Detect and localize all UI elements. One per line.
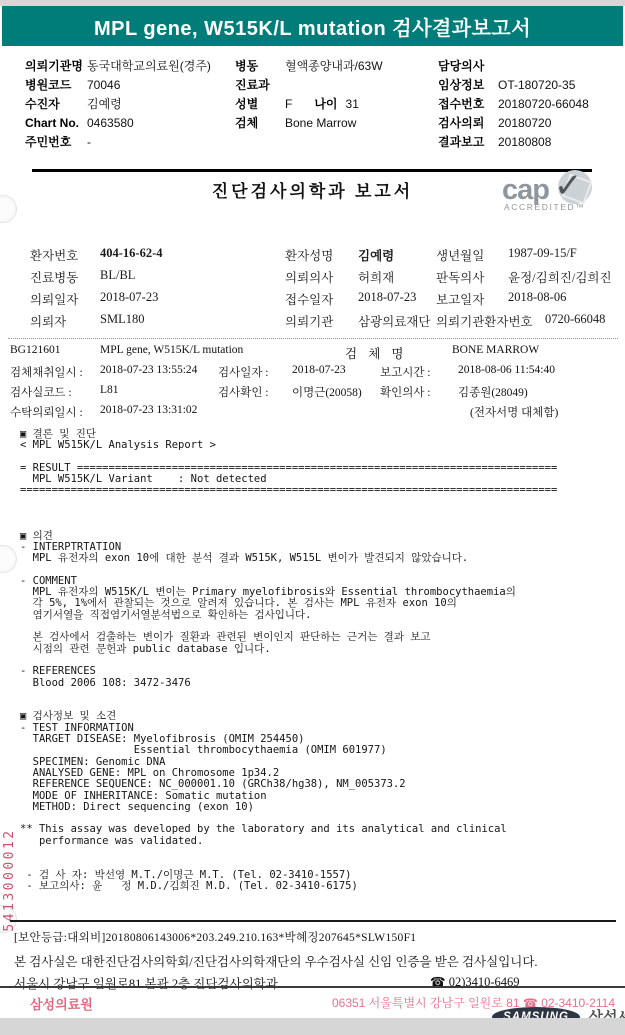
section-divider-heavy [32, 169, 592, 172]
department-row: 진료과 [235, 76, 383, 95]
request-info-left-column: 의뢰기관명동국대학교의료원(경주) 병원코드70046 수진자김예령 Chart… [25, 57, 211, 152]
test-meta-row-3: 수탁의뢰일시 : 2018-07-23 13:31:02 (전자서명 대체함) [0, 404, 625, 422]
test-verifier-value: 이명근(20058) [292, 384, 362, 400]
sex-label: 성별 [235, 95, 285, 114]
institution-patient-no-label: 의뢰기관환자번호 [436, 312, 533, 330]
sex-age-row: 성별F나이31 [235, 95, 383, 114]
result-report-date-label: 결과보고 [438, 133, 498, 152]
receipt-date-value: 2018-07-23 [358, 290, 416, 305]
request-date-value: 2018-07-23 [100, 290, 158, 305]
patient-value: 김예령 [87, 97, 122, 111]
security-classification-line: [보안등급:대외비]20180806143006*203.249.210.163… [14, 929, 416, 945]
order-date-value: 20180720 [498, 116, 551, 130]
patient-row: 수진자김예령 [25, 95, 211, 114]
test-meta-header-row: BG121601 MPL gene, W515K/L mutation 검 체 … [0, 344, 625, 362]
report-banner: MPL gene, W515K/L mutation 검사결과보고서 [2, 6, 623, 46]
patient-label: 수진자 [25, 95, 87, 114]
cap-accredited-logo: cap ✓ ACCREDITED™ [502, 178, 620, 222]
test-name: MPL gene, W515K/L mutation [100, 344, 243, 356]
confirming-doctor-label: 확인의사 : [380, 384, 431, 400]
requesting-institution-value: 삼광의료재단 [358, 312, 430, 330]
clinical-info-value: OT-180720-35 [498, 78, 575, 92]
test-date-value: 2018-07-23 [292, 364, 346, 376]
clinical-info-label: 임상정보 [438, 76, 498, 95]
medical-center-brand: 삼성의료원 [30, 994, 93, 1013]
specimen-name-value: BONE MARROW [452, 344, 539, 356]
referring-doctor-label: 의뢰의사 [285, 268, 333, 286]
referral-datetime-value: 2018-07-23 13:31:02 [100, 404, 197, 416]
lab-code-label: 검사실코드 : [10, 384, 72, 400]
clinical-info-row: 임상정보OT-180720-35 [438, 76, 589, 95]
referral-datetime-label: 수탁의뢰일시 : [10, 404, 83, 420]
chart-no-row: Chart No.0463580 [25, 114, 211, 133]
order-date-label: 검사의뢰 [438, 114, 498, 133]
patient-table-row-3: 의뢰일자 2018-07-23 접수일자 2018-07-23 보고일자 201… [0, 290, 625, 310]
patient-name-label: 환자성명 [285, 246, 333, 264]
requester-value: SML180 [100, 312, 144, 327]
requesting-institution-label: 의뢰기관 [285, 312, 333, 330]
result-report-date-value: 20180808 [498, 135, 551, 149]
cap-checkmark-icon: ✓ [554, 166, 583, 206]
resident-no-label: 주민번호 [25, 133, 87, 152]
scan-edge-bottom [0, 1018, 625, 1035]
footer-divider-2 [0, 986, 625, 988]
birth-date-value: 1987-09-15/F [508, 246, 577, 261]
resident-no-value: - [87, 135, 91, 149]
footer-divider-1 [10, 920, 616, 922]
birth-date-label: 생년월일 [436, 246, 484, 264]
electronic-signature-note: (전자서명 대체함) [470, 404, 558, 420]
test-code: BG121601 [10, 344, 60, 356]
requester-label: 의뢰자 [30, 312, 66, 330]
attending-doctor-row: 담당의사 [438, 57, 589, 76]
age-label: 나이 [314, 95, 337, 114]
patient-table-row-2: 진료병동 BL/BL 의뢰의사 허희재 판독의사 윤정/김희진/김희진 [0, 268, 625, 288]
reading-doctor-label: 판독의사 [436, 268, 484, 286]
accreditation-statement: 본 검사실은 대한진단검사의학회/진단검사의학재단의 우수검사실 신임 인증을 … [14, 952, 538, 970]
attending-doctor-label: 담당의사 [438, 57, 498, 76]
lab-report-page: MPL gene, W515K/L mutation 검사결과보고서 의뢰기관명… [0, 0, 625, 1035]
test-date-label: 검사일자 : [218, 364, 269, 380]
hospital-code-label: 병원코드 [25, 76, 87, 95]
receipt-date-label: 접수일자 [285, 290, 333, 308]
patient-name-value: 김예령 [358, 246, 394, 264]
request-info-right-column: 담당의사 임상정보OT-180720-35 접수번호20180720-66048… [438, 57, 589, 152]
ward-row: 병동혈액종양내과/63W [235, 57, 383, 76]
care-ward-label: 진료병동 [30, 268, 78, 286]
punch-hole-middle [0, 545, 17, 573]
patient-table-row-1: 환자번호 404-16-62-4 환자성명 김예령 생년월일 1987-09-1… [0, 246, 625, 266]
patient-table-row-4: 의뢰자 SML180 의뢰기관 삼광의료재단 의뢰기관환자번호 0720-660… [0, 312, 625, 332]
collection-datetime-value: 2018-07-23 13:55:24 [100, 364, 197, 376]
accession-no-value: 20180720-66048 [498, 97, 589, 111]
accession-no-label: 접수번호 [438, 95, 498, 114]
test-verifier-label: 검사확인 : [218, 384, 269, 400]
confirming-doctor-value: 김종원(28049) [458, 384, 528, 400]
report-date-label: 보고일자 [436, 290, 484, 308]
test-meta-row-2: 검사실코드 : L81 검사확인 : 이명근(20058) 확인의사 : 김종원… [0, 384, 625, 402]
department-label: 진료과 [235, 76, 285, 95]
lab-code-value: L81 [100, 384, 119, 396]
report-date-value: 2018-08-06 [508, 290, 566, 305]
specimen-name-label: 검 체 명 [345, 344, 407, 362]
order-date-row: 검사의뢰20180720 [438, 114, 589, 133]
request-info-middle-column: 병동혈액종양내과/63W 진료과 성별F나이31 검체Bone Marrow [235, 57, 383, 133]
requesting-org-row: 의뢰기관명동국대학교의료원(경주) [25, 57, 211, 76]
specimen-value: Bone Marrow [285, 116, 356, 130]
result-report-date-row: 결과보고20180808 [438, 133, 589, 152]
ward-label: 병동 [235, 57, 285, 76]
reading-doctor-value: 윤정/김희진/김희진 [508, 268, 612, 286]
age-value: 31 [346, 97, 359, 111]
collection-datetime-label: 검체채취일시 : [10, 364, 83, 380]
care-ward-value: BL/BL [100, 268, 135, 283]
sex-value: F [285, 97, 292, 111]
request-date-label: 의뢰일자 [30, 290, 78, 308]
patient-number-label: 환자번호 [30, 246, 78, 264]
cap-accredited-label: ACCREDITED™ [504, 202, 585, 212]
dotted-separator [8, 338, 618, 339]
patient-number-value: 404-16-62-4 [100, 246, 163, 261]
report-time-value: 2018-08-06 11:54:40 [458, 364, 555, 376]
report-banner-title: MPL gene, W515K/L mutation 검사결과보고서 [94, 12, 531, 41]
resident-no-row: 주민번호- [25, 133, 211, 152]
ward-value: 혈액종양내과/63W [285, 59, 383, 73]
hospital-code-value: 70046 [87, 78, 120, 92]
hospital-code-row: 병원코드70046 [25, 76, 211, 95]
report-time-label: 보고시간 : [380, 364, 431, 380]
lab-address-line: 서울시 강남구 일원로81 본관 2층 진단검사의학과 [14, 974, 278, 992]
specimen-label: 검체 [235, 114, 285, 133]
report-body-text: ▣ 결론 및 진단 < MPL W515K/L Analysis Report … [20, 429, 557, 892]
specimen-row: 검체Bone Marrow [235, 114, 383, 133]
chart-no-label: Chart No. [25, 114, 87, 133]
institution-patient-no-value: 0720-66048 [545, 312, 605, 327]
accession-no-row: 접수번호20180720-66048 [438, 95, 589, 114]
chart-no-value: 0463580 [87, 116, 134, 130]
test-meta-row-1: 검체채취일시 : 2018-07-23 13:55:24 검사일자 : 2018… [0, 364, 625, 382]
requesting-org-label: 의뢰기관명 [25, 57, 87, 76]
referring-doctor-value: 허희재 [358, 268, 394, 286]
requesting-org-value: 동국대학교의료원(경주) [87, 59, 211, 73]
